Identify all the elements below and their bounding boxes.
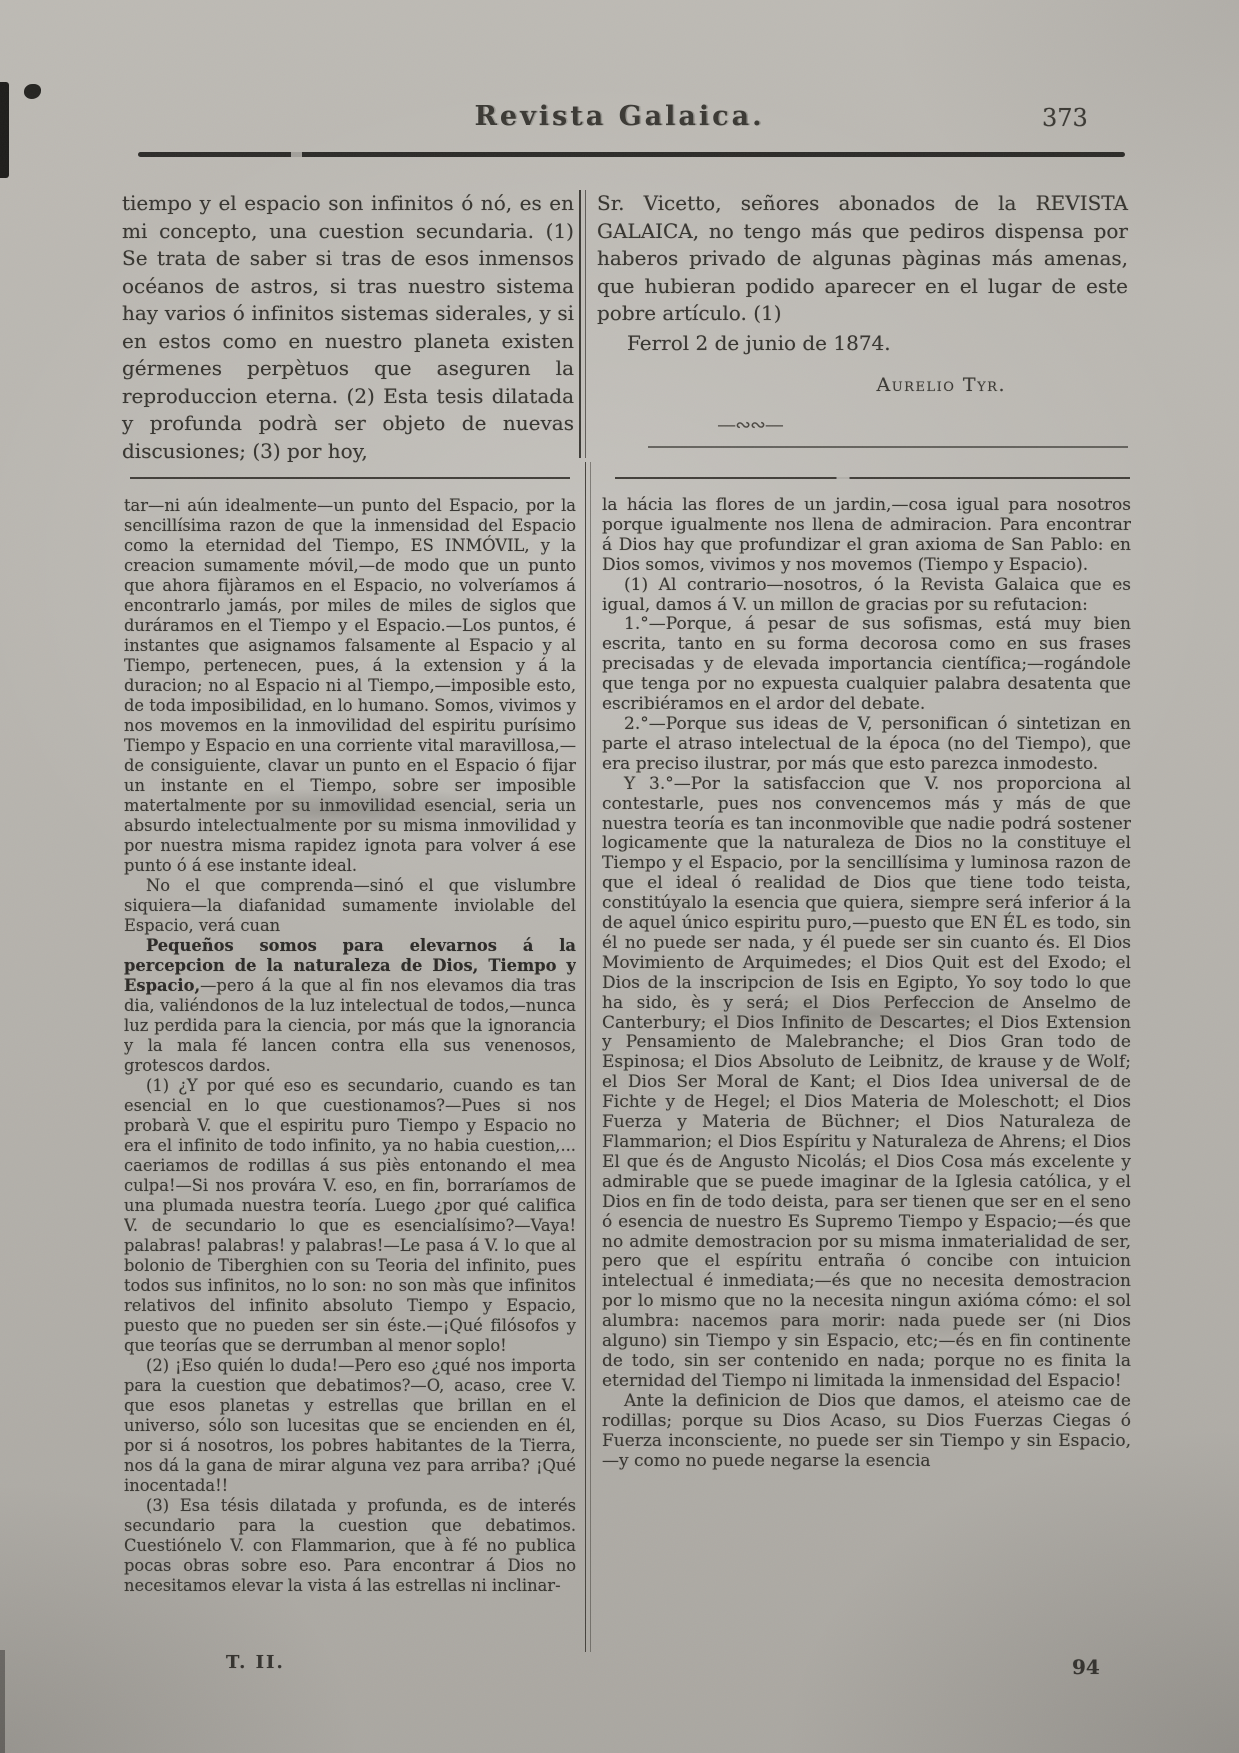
- footnote-paragraph: No el que comprenda—sinó el que vislumbr…: [124, 876, 576, 936]
- footnote-paragraph: Pequeños somos para elevarnos á la perce…: [124, 936, 576, 1076]
- footnote-paragraph: 2.°—Porque sus ideas de V, personifican …: [602, 715, 1131, 775]
- footnote-left-column: tar—ni aún idealmente—un punto del Espac…: [124, 496, 576, 1596]
- scan-ink-blot: [24, 84, 41, 99]
- footnote-right-column: la hácia las flores de un jardin,—cosa i…: [602, 496, 1131, 1471]
- footnote-paragraph: (3) Esa tésis dilatada y profunda, es de…: [124, 1496, 576, 1596]
- article-paragraph: Sr. Vicetto, señores abonados de la REVI…: [597, 190, 1128, 328]
- article-signature: Aurelio Tyr.: [597, 372, 1128, 400]
- footnote-paragraph: (1) Al contrario—nosotros, ó la Revista …: [602, 576, 1131, 616]
- footnote-paragraph: (2) ¡Eso quién lo duda!—Pero eso ¿qué no…: [124, 1356, 576, 1496]
- footnote-paragraph: 1.°—Porque, á pesar de sus sofismas, est…: [602, 615, 1131, 715]
- footnote-paragraph: Y 3.°—Por la satisfaccion que V. nos pro…: [602, 775, 1131, 1392]
- footnote-paragraph: (1) ¿Y por qué eso es secundario, cuando…: [124, 1076, 576, 1356]
- ornamental-flourish: —∾∾—: [700, 414, 800, 436]
- article-paragraph: tiempo y el espacio son infinitos ó nó, …: [122, 190, 574, 465]
- footnote-separator-right: [615, 477, 1130, 479]
- article-end-rule: [648, 446, 1128, 448]
- footnote-paragraph: la hácia las flores de un jardin,—cosa i…: [602, 496, 1131, 576]
- footnote-separator-left: [130, 477, 570, 479]
- footer-volume-mark: T. II.: [226, 1652, 285, 1673]
- header-rule: [138, 152, 1125, 157]
- article-right-column: Sr. Vicetto, señores abonados de la REVI…: [597, 190, 1128, 400]
- page-number: 373: [1042, 104, 1088, 132]
- footnote-paragraph: Ante la definicion de Dios que damos, el…: [602, 1392, 1131, 1472]
- article-dateline: Ferrol 2 de junio de 1874.: [597, 330, 1128, 358]
- article-left-column: tiempo y el espacio son infinitos ó nó, …: [122, 190, 574, 465]
- column-divider-rule: [579, 190, 586, 458]
- footnote-column-divider: [585, 462, 591, 1652]
- scan-edge-artifact-bottom: [0, 1650, 5, 1753]
- footer-signature-mark: 94: [1072, 1655, 1100, 1679]
- footnote-paragraph: tar—ni aún idealmente—un punto del Espac…: [124, 496, 576, 876]
